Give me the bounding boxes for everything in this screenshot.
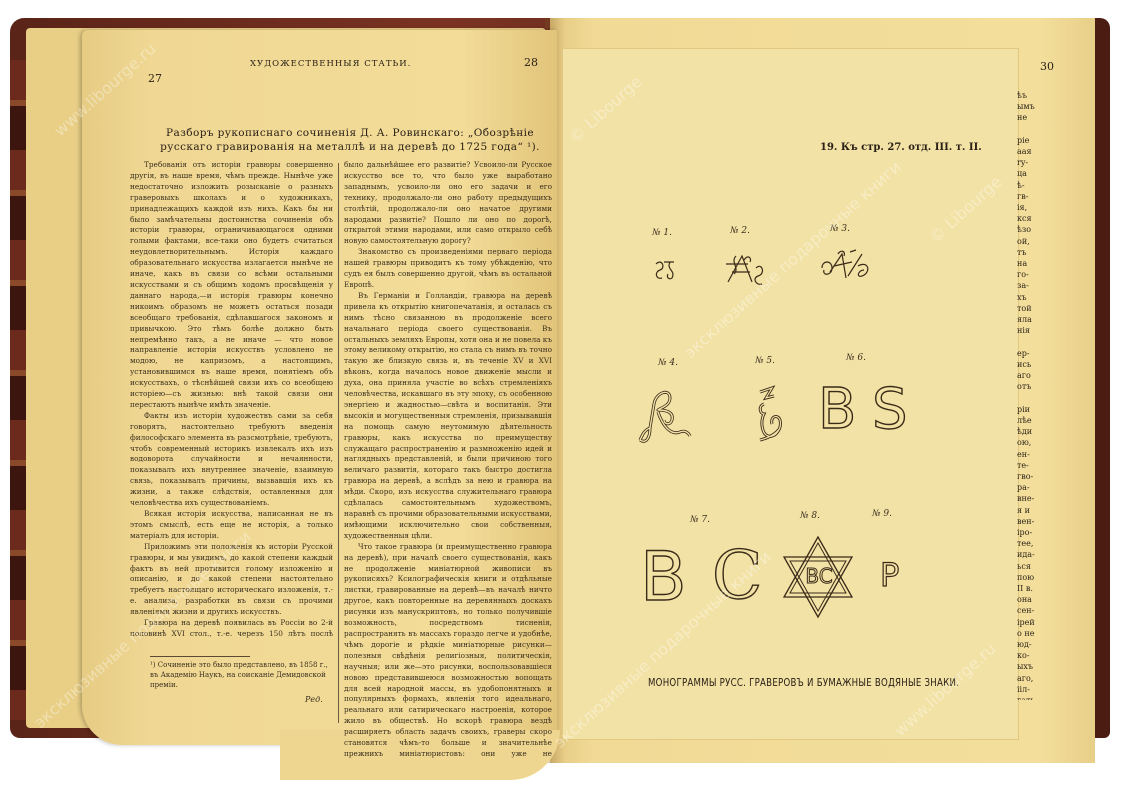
paragraph: Требованія отъ исторіи гравюры совершенн…	[130, 160, 333, 411]
edge-text-line: ер-	[1017, 348, 1057, 359]
edge-text-line: ен-	[1017, 449, 1057, 460]
text-column-right: было дальнѣйшее его развитіе? Усвоило-ли…	[344, 160, 552, 760]
edge-text-line: ою,	[1017, 437, 1057, 448]
edge-text-line: она	[1017, 594, 1057, 605]
edge-text-line: ись	[1017, 359, 1057, 370]
edge-text-line: ымъ	[1017, 101, 1057, 112]
edge-text-line: тъ	[1017, 247, 1057, 258]
monogram-label-7: № 7.	[690, 515, 710, 525]
edge-text-line: не	[1017, 112, 1057, 123]
edge-text-line: ріи	[1017, 404, 1057, 415]
plate-caption: МОНОГРАММЫ РУСС. ГРАВЕРОВЪ И БУМАЖНЫЕ ВО…	[648, 677, 959, 689]
edge-text-line: хъ	[1017, 292, 1057, 303]
monogram-6-letter-b: B	[818, 378, 858, 442]
column-divider	[338, 163, 339, 723]
edge-text-line: ry-	[1017, 157, 1057, 168]
edge-text-line: ыхъ	[1017, 661, 1057, 672]
right-edge-text: ѣъымъне ріеааяry-цаѣ-гв-ія,ксяѣзоой,тъна…	[1017, 90, 1057, 700]
edge-text-line: яла	[1017, 314, 1057, 325]
footnote-rule	[150, 656, 250, 657]
monogram-6-letter-s: S	[872, 378, 912, 442]
monogram-5-icon	[754, 384, 788, 444]
edge-text-line: о не	[1017, 628, 1057, 639]
paragraph: Всякая исторія искусства, написанная не …	[130, 509, 333, 542]
edge-text-line: ца	[1017, 168, 1057, 179]
paragraph: Что такое гравюра (и преимущественно гра…	[344, 542, 552, 760]
edge-text-line: ѣди	[1017, 426, 1057, 437]
monogram-label-3: № 3.	[830, 224, 850, 234]
edge-text-line: пою	[1017, 572, 1057, 583]
edge-text-line: ѣзо	[1017, 224, 1057, 235]
plate-reference: 19. Къ стр. 27. отд. III. т. II.	[820, 142, 982, 153]
monogram-7-letter-c: C	[712, 538, 758, 614]
edge-text-line: гв-	[1017, 191, 1057, 202]
edge-text-line: ѣъ	[1017, 90, 1057, 101]
edge-text-line: ііл-	[1017, 684, 1057, 695]
edge-text-line: ида-	[1017, 549, 1057, 560]
edge-text-line: ой,	[1017, 236, 1057, 247]
edge-text-line: гать	[1017, 695, 1057, 700]
edge-text-line: тее,	[1017, 538, 1057, 549]
edge-text-line: отъ	[1017, 381, 1057, 392]
monogram-label-6: № 6.	[846, 353, 866, 363]
edge-text-line: вне-	[1017, 493, 1057, 504]
edge-text-line: я и	[1017, 505, 1057, 516]
edge-text-line: за-	[1017, 280, 1057, 291]
edge-text-line: ра-	[1017, 482, 1057, 493]
monogram-label-5: № 5.	[755, 356, 775, 366]
monogram-label-4: № 4.	[658, 358, 678, 368]
text-column-left: Требованія отъ исторіи гравюры совершенн…	[130, 160, 333, 638]
paragraph: Приложимъ эти положенія къ исторіи Русск…	[130, 542, 333, 618]
edge-text-line: II в.	[1017, 583, 1057, 594]
edge-text-line: ірей	[1017, 617, 1057, 628]
page-number-27: 27	[148, 72, 162, 85]
edge-text-line: кся	[1017, 213, 1057, 224]
monogram-label-1: № 1.	[652, 228, 672, 238]
monogram-3-icon	[818, 248, 874, 286]
edge-text-line: той	[1017, 303, 1057, 314]
edge-text-line: ріе	[1017, 135, 1057, 146]
edge-text-line: аго,	[1017, 673, 1057, 684]
paragraph: Знакомство съ произведеніями перваго пер…	[344, 247, 552, 291]
edge-text-line	[1017, 124, 1057, 135]
paragraph: Въ Германіи и Голландіи, гравюра на дере…	[344, 291, 552, 542]
monogram-4-icon	[636, 380, 694, 448]
edge-text-line: лѣе	[1017, 415, 1057, 426]
edge-text-line: юд-	[1017, 639, 1057, 650]
monogram-2-icon	[722, 252, 768, 288]
page-number-28: 28	[524, 56, 538, 69]
edge-text-line: на	[1017, 258, 1057, 269]
edge-text-line: ѣ-	[1017, 180, 1057, 191]
edge-text-line: вен-	[1017, 516, 1057, 527]
monogram-1-icon	[652, 258, 682, 282]
monogram-8-letters: BC	[804, 563, 834, 589]
footnote: ¹) Сочиненіе это было представлено, въ 1…	[150, 660, 335, 690]
edge-text-line: го-	[1017, 269, 1057, 280]
running-head: ХУДОЖЕСТВЕННЫЯ СТАТЬИ.	[250, 59, 411, 69]
page-number-30: 30	[1040, 60, 1054, 73]
edge-text-line: аго	[1017, 370, 1057, 381]
edge-text-line: гво-	[1017, 471, 1057, 482]
edge-text-line: ко-	[1017, 650, 1057, 661]
edge-text-line: те-	[1017, 460, 1057, 471]
monogram-label-9: № 9.	[872, 509, 892, 519]
edge-text-line: іро-	[1017, 527, 1057, 538]
edge-text-line: ься	[1017, 561, 1057, 572]
edge-text-line	[1017, 392, 1057, 403]
edge-text-line	[1017, 336, 1057, 347]
paragraph: Факты изъ исторіи художествъ сами за себ…	[130, 411, 333, 509]
edge-text-line: ія,	[1017, 202, 1057, 213]
article-title: Разборъ рукописнаго сочиненія Д. А. Рови…	[145, 126, 555, 154]
edge-text-line: аая	[1017, 146, 1057, 157]
paragraph: было дальнѣйшее его развитіе? Усвоило-ли…	[344, 160, 552, 247]
paragraph: Гравюра на деревѣ появилась въ Россіи во…	[130, 618, 333, 638]
footnote-editor-sign: Ред.	[305, 695, 323, 704]
monogram-label-8: № 8.	[800, 511, 820, 521]
edge-text-line: сен-	[1017, 605, 1057, 616]
monogram-9-letter-p: P	[880, 555, 906, 595]
monogram-7-letter-b: B	[640, 540, 690, 616]
edge-text-line: нія	[1017, 325, 1057, 336]
monogram-label-2: № 2.	[730, 226, 750, 236]
